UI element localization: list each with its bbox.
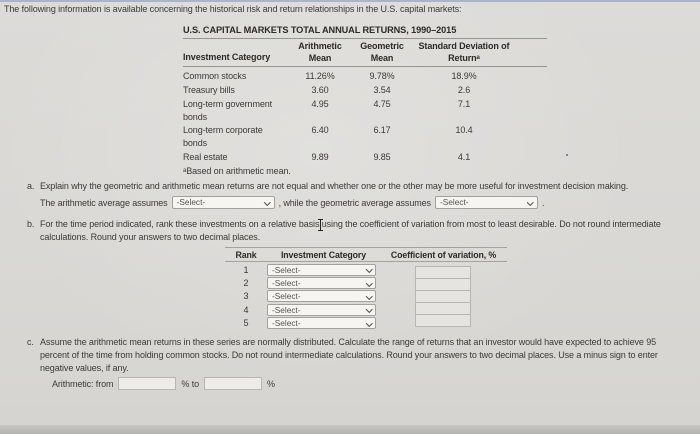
- rank-number: 3: [225, 291, 267, 301]
- coefficient-input-5[interactable]: [415, 314, 471, 327]
- answer-c-prefix: Arithmetic: from: [52, 379, 113, 389]
- table-title: U.S. CAPITAL MARKETS TOTAL ANNUAL RETURN…: [183, 24, 547, 36]
- table-footnote: ᵃBased on arithmetic mean.: [183, 165, 547, 178]
- header-line: Mean: [283, 53, 357, 65]
- column-header-standard-deviation: Standard Deviation of Returnᵃ: [407, 41, 521, 64]
- cell-arithmetic-mean: 6.40: [283, 124, 357, 137]
- header-line: Arithmetic: [283, 41, 357, 53]
- part-c-question: Assume the arithmetic mean returns in th…: [40, 336, 685, 376]
- cell-category: Real estate: [183, 151, 283, 164]
- column-header-category: Investment Category: [183, 52, 283, 65]
- table-row: Long-term corporate bonds 6.40 6.17 10.4: [183, 124, 547, 150]
- arithmetic-average-select[interactable]: -Select-: [172, 196, 275, 209]
- table-row: Treasury bills 3.60 3.54 2.6: [183, 84, 547, 97]
- intro-text: The following information is available c…: [4, 3, 604, 15]
- geometric-average-select[interactable]: -Select-: [435, 196, 538, 209]
- rank-select-wrap: -Select-: [267, 290, 376, 302]
- rank-category-select-1[interactable]: -Select-: [267, 264, 376, 276]
- cell-standard-deviation: 2.6: [407, 84, 521, 97]
- part-c-answer-line: Arithmetic: from % to %: [52, 377, 275, 390]
- part-a-label: a.: [27, 180, 40, 193]
- cell-geometric-mean: 9.78%: [357, 70, 407, 83]
- part-b: b. For the time period indicated, rank t…: [27, 218, 682, 244]
- rank-number: 2: [225, 278, 267, 288]
- column-header-geometric-mean: Geometric Mean: [357, 41, 407, 64]
- header-line: Mean: [357, 53, 407, 65]
- returns-table: U.S. CAPITAL MARKETS TOTAL ANNUAL RETURN…: [183, 24, 547, 178]
- cell-standard-deviation: 4.1: [407, 151, 521, 164]
- rank-select-wrap: -Select-: [267, 317, 376, 329]
- cell-geometric-mean: 4.75: [357, 98, 407, 111]
- part-c: c. Assume the arithmetic mean returns in…: [27, 336, 685, 376]
- rank-table: Rank Investment Category Coefficient of …: [225, 247, 507, 330]
- rank-table-header-row: Rank Investment Category Coefficient of …: [225, 248, 507, 261]
- column-header-rank: Rank: [225, 250, 267, 260]
- answer-a-middle: , while the geometric average assumes: [279, 198, 431, 208]
- homework-page: The following information is available c…: [0, 0, 700, 434]
- coefficient-input-column: [415, 266, 471, 327]
- table-header-row: Investment Category Arithmetic Mean Geom…: [183, 39, 547, 64]
- cell-geometric-mean: 6.17: [357, 124, 407, 137]
- table-row: Real estate 9.89 9.85 4.1: [183, 151, 547, 164]
- cell-geometric-mean: 9.85: [357, 151, 407, 164]
- photo-artifact-dot: [566, 154, 568, 156]
- part-c-label: c.: [27, 336, 40, 376]
- part-a-answer-line: The arithmetic average assumes -Select- …: [40, 196, 544, 209]
- cell-category: Long-term government bonds: [183, 98, 283, 124]
- column-header-arithmetic-mean: Arithmetic Mean: [283, 41, 357, 64]
- rank-number: 1: [225, 265, 267, 275]
- percent-label: %: [267, 379, 275, 389]
- cell-geometric-mean: 3.54: [357, 84, 407, 97]
- header-line: Returnᵃ: [407, 53, 521, 65]
- cell-standard-deviation: 18.9%: [407, 70, 521, 83]
- table-body: Common stocks 11.26% 9.78% 18.9% Treasur…: [183, 67, 547, 164]
- cell-category: Common stocks: [183, 70, 283, 83]
- table-row: Common stocks 11.26% 9.78% 18.9%: [183, 70, 547, 83]
- rank-category-select-3[interactable]: -Select-: [267, 290, 376, 302]
- text-cursor-icon: [317, 219, 324, 231]
- cell-arithmetic-mean: 4.95: [283, 98, 357, 111]
- cell-category: Treasury bills: [183, 84, 283, 97]
- column-header-investment-category: Investment Category: [267, 250, 380, 260]
- rank-category-select-2[interactable]: -Select-: [267, 277, 376, 289]
- cell-standard-deviation: 10.4: [407, 124, 521, 137]
- arithmetic-average-select-wrap: -Select-: [172, 196, 275, 209]
- percent-to-label: % to: [181, 379, 199, 389]
- part-a: a. Explain why the geometric and arithme…: [27, 180, 695, 193]
- rank-category-select-4[interactable]: -Select-: [267, 304, 376, 316]
- rank-select-wrap: -Select-: [267, 264, 376, 276]
- header-line: Standard Deviation of: [407, 41, 521, 53]
- part-a-question: Explain why the geometric and arithmetic…: [40, 180, 628, 193]
- range-to-input[interactable]: [204, 377, 262, 390]
- answer-a-prefix: The arithmetic average assumes: [40, 198, 168, 208]
- table-row: Long-term government bonds 4.95 4.75 7.1: [183, 98, 547, 124]
- cell-arithmetic-mean: 11.26%: [283, 70, 357, 83]
- cell-category: Long-term corporate bonds: [183, 124, 283, 150]
- cell-arithmetic-mean: 9.89: [283, 151, 357, 164]
- cell-standard-deviation: 7.1: [407, 98, 521, 111]
- rank-category-select-5[interactable]: -Select-: [267, 317, 376, 329]
- part-b-question: For the time period indicated, rank thes…: [40, 218, 682, 244]
- answer-a-suffix: .: [542, 198, 544, 208]
- part-b-label: b.: [27, 218, 40, 244]
- column-header-coefficient-of-variation: Coefficient of variation, %: [380, 250, 507, 260]
- geometric-average-select-wrap: -Select-: [435, 196, 538, 209]
- rank-select-wrap: -Select-: [267, 277, 376, 289]
- rank-number: 5: [225, 318, 267, 328]
- rank-table-body: 1 -Select- 2 -Select- 3: [225, 262, 507, 330]
- header-line: Geometric: [357, 41, 407, 53]
- cell-arithmetic-mean: 3.60: [283, 84, 357, 97]
- range-from-input[interactable]: [118, 377, 176, 390]
- rank-select-wrap: -Select-: [267, 304, 376, 316]
- rank-number: 4: [225, 305, 267, 315]
